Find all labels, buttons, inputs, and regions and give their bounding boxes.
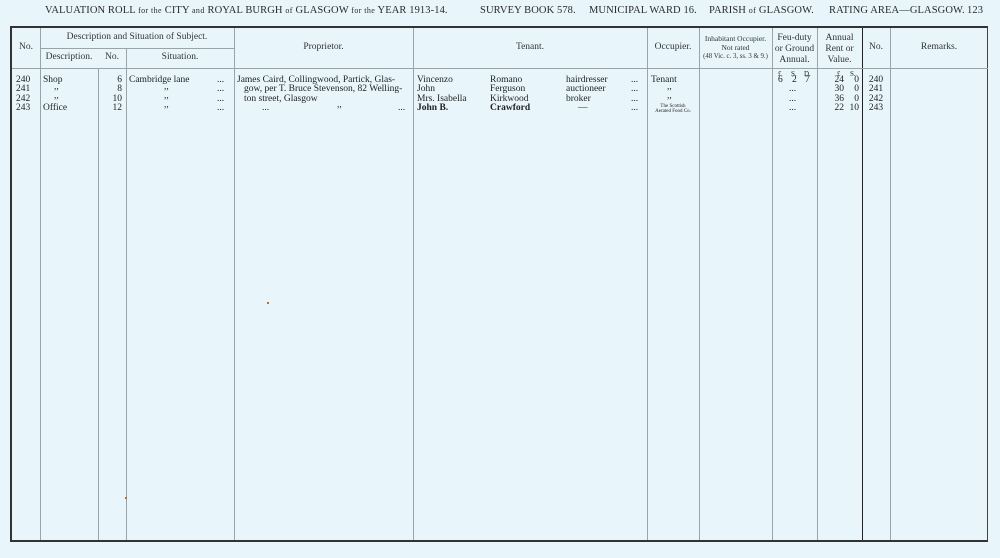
scan-speck xyxy=(125,497,127,499)
parish-label: PARISH xyxy=(709,5,746,16)
header-line: Inhabitant Occupier. xyxy=(699,34,772,43)
row-tenant-first: John B. xyxy=(417,104,448,113)
parish-of: of xyxy=(749,6,756,15)
header-line: Annual xyxy=(817,33,862,44)
rule xyxy=(413,28,414,540)
header-line: Feu-duty xyxy=(772,33,817,44)
row-tenant-dots: ... xyxy=(631,104,638,113)
header-line: Annual. xyxy=(772,55,817,66)
row-tenant-last: Crawford xyxy=(490,104,530,113)
row-no: 243 xyxy=(16,104,30,113)
row-tenant-trade: — xyxy=(578,104,588,113)
rule xyxy=(817,28,818,540)
header-sub-no: No. xyxy=(98,52,126,63)
parish-name: GLASGOW. xyxy=(759,5,814,16)
rating-area: RATING AREA—GLASGOW. xyxy=(829,5,965,16)
page-title: VALUATION ROLL for the CITY and ROYAL BU… xyxy=(0,5,1000,21)
header-occupier: Occupier. xyxy=(647,42,699,53)
row-annual-shillings: 10 xyxy=(846,104,859,113)
header-proprietor: Proprietor. xyxy=(234,42,413,53)
rule xyxy=(647,28,648,540)
header-no: No. xyxy=(12,42,40,53)
title-text: CITY xyxy=(165,5,190,16)
row-no-right: 243 xyxy=(862,104,890,113)
title-text: GLASGOW xyxy=(296,5,349,16)
title-valuation-roll: VALUATION ROLL for the CITY and ROYAL BU… xyxy=(45,5,448,16)
parish: PARISH of GLASGOW. xyxy=(709,5,814,16)
rule xyxy=(234,28,235,540)
row-annual-pounds: 22 xyxy=(824,104,844,113)
rule xyxy=(126,48,127,540)
row-description: ,, xyxy=(54,92,59,101)
rule xyxy=(98,68,99,540)
row-feu-pounds: 6 xyxy=(778,76,783,85)
header-line: Value. xyxy=(817,55,862,66)
header-line: (48 Vic. c. 3, ss. 3 & 9.) xyxy=(699,52,772,61)
scan-speck xyxy=(267,302,269,304)
proprietor-line: ton street, Glasgow xyxy=(244,95,318,104)
rule xyxy=(12,68,988,69)
header-line: Not rated xyxy=(699,43,772,52)
proprietor-ditto: ... xyxy=(398,104,405,113)
rule xyxy=(40,48,234,49)
header-remarks: Remarks. xyxy=(890,42,988,53)
page-number: 123 xyxy=(967,5,983,16)
row-description: Office xyxy=(43,104,67,113)
survey-book: SURVEY BOOK 578. xyxy=(480,5,576,16)
row-situation: Cambridge lane xyxy=(129,76,189,85)
row-feu-dots: ... xyxy=(789,104,796,113)
header-situation: Situation. xyxy=(126,52,234,63)
row-situation-dots: ... xyxy=(217,104,224,113)
rule xyxy=(890,28,891,540)
header-annual-rent: Annual Rent or Value. xyxy=(817,33,862,66)
header-feu-duty: Feu-duty or Ground Annual. xyxy=(772,33,817,66)
title-text: ROYAL BURGH xyxy=(207,5,282,16)
occupier-line: Aerated Food Co. xyxy=(649,109,697,114)
header-inhabitant: Inhabitant Occupier. Not rated (48 Vic. … xyxy=(699,34,772,61)
header-tenant: Tenant. xyxy=(413,42,647,53)
row-description: Shop xyxy=(43,76,63,85)
row-situation: ,, xyxy=(164,101,169,110)
valuation-table: No. Description and Situation of Subject… xyxy=(10,26,988,542)
title-text: for the xyxy=(351,6,375,15)
row-occupier: Tenant xyxy=(651,76,677,85)
municipal-ward: MUNICIPAL WARD 16. xyxy=(589,5,697,16)
header-line: or Ground xyxy=(772,44,817,55)
rule xyxy=(772,28,773,540)
proprietor-ditto: ... xyxy=(262,104,269,113)
title-text: YEAR 1913-14. xyxy=(378,5,448,16)
header-description: Description. xyxy=(40,52,98,63)
rule xyxy=(40,28,41,540)
row-sub-no: 12 xyxy=(98,104,122,113)
proprietor-ditto: ,, xyxy=(337,101,342,110)
title-text: of xyxy=(285,6,292,15)
header-no-right: No. xyxy=(862,42,890,53)
rule xyxy=(699,28,700,540)
row-feu-pence: 7 xyxy=(805,76,810,85)
title-text: for the xyxy=(138,6,162,15)
row-occupier: ,, xyxy=(667,92,672,101)
title-text: and xyxy=(192,6,205,15)
header-line: Rent or xyxy=(817,44,862,55)
row-occupier: The Scottish Aerated Food Co. xyxy=(649,104,697,114)
header-subject-group: Description and Situation of Subject. xyxy=(40,32,234,43)
title-text: VALUATION ROLL xyxy=(45,5,135,16)
